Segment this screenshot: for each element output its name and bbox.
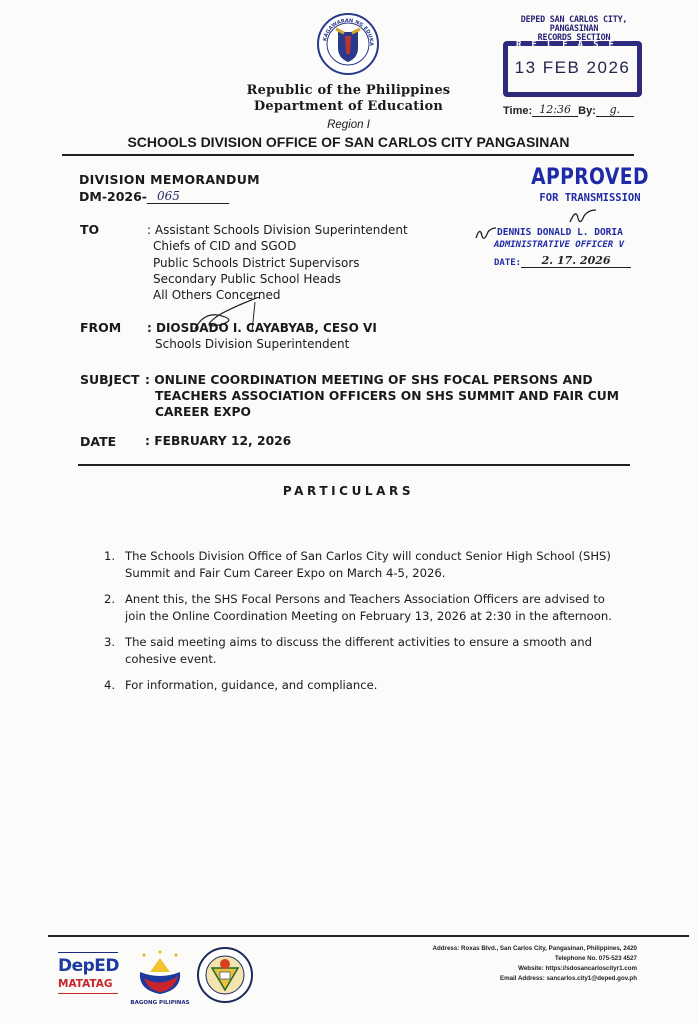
bagong-pilipinas-logo: BAGONG PILIPINAS — [130, 948, 190, 1010]
time-value: 12:36 — [532, 103, 578, 117]
approver-role: ADMINISTRATIVE OFFICER V — [494, 240, 624, 250]
particulars-list: 1.The Schools Division Office of San Car… — [104, 548, 624, 703]
release-stamp-time: Time:12:36By:g. — [503, 103, 634, 117]
memo-number-prefix: DM-2026- — [79, 189, 147, 204]
approved-stamp-subtitle: FOR TRANSMISSION — [500, 192, 680, 204]
item-text: Anent this, the SHS Focal Persons and Te… — [125, 591, 624, 625]
footer-divider — [48, 935, 689, 937]
recipient: : Assistant Schools Division Superintend… — [147, 222, 408, 238]
matatag-wordmark: MATATAG — [58, 978, 124, 990]
item-number: 1. — [104, 548, 125, 582]
list-item: 1.The Schools Division Office of San Car… — [104, 548, 624, 582]
sender-name: : DIOSDADO I. CAYABYAB, CESO VI — [147, 320, 377, 336]
stamp-office: DEPED SAN CARLOS CITY, PANGASINAN — [499, 15, 649, 33]
item-number: 2. — [104, 591, 125, 625]
release-stamp-date: 13 FEB 2026 — [503, 58, 642, 78]
memo-number: DM-2026-065 — [79, 189, 229, 204]
subject-label: SUBJECT — [80, 372, 140, 387]
by-label: By: — [578, 105, 596, 117]
list-item: 4.For information, guidance, and complia… — [104, 677, 624, 694]
address: Address: Roxas Blvd., San Carlos City, P… — [433, 944, 637, 954]
approval-date: DATE:2. 17. 2026 — [494, 254, 631, 268]
time-label: Time: — [503, 105, 532, 117]
item-text: The Schools Division Office of San Carlo… — [125, 548, 624, 582]
signature-icon — [568, 208, 598, 226]
memo-divider — [78, 464, 630, 466]
approver-name: DENNIS DONALD L. DORIA — [497, 227, 623, 238]
list-item: 3.The said meeting aims to discuss the d… — [104, 634, 624, 668]
sdo-seal-icon — [196, 946, 254, 1004]
email: Email Address: sancarlos.city1@deped.gov… — [433, 974, 637, 984]
item-number: 3. — [104, 634, 125, 668]
to-label: TO — [80, 222, 99, 237]
website: Website: https://sdosancarloscityr1.com — [433, 964, 637, 974]
recipient: Secondary Public School Heads — [147, 271, 408, 287]
release-stamp-header: DEPED SAN CARLOS CITY, PANGASINAN RECORD… — [499, 15, 649, 42]
memo-date: : FEBRUARY 12, 2026 — [145, 434, 291, 448]
office-name: SCHOOLS DIVISION OFFICE OF SAN CARLOS CI… — [0, 134, 697, 150]
subject-text: : ONLINE COORDINATION MEETING OF SHS FOC… — [145, 372, 625, 420]
release-stamp-status: RELEASE — [516, 40, 624, 50]
approval-date-value: 2. 17. 2026 — [521, 254, 631, 268]
recipient: Public Schools District Supervisors — [147, 255, 408, 271]
sender: : DIOSDADO I. CAYABYAB, CESO VI Schools … — [147, 320, 377, 353]
recipients-list: : Assistant Schools Division Superintend… — [147, 222, 408, 303]
approved-stamp-title: APPROVED — [514, 165, 667, 190]
memo-title: DIVISION MEMORANDUM — [79, 172, 260, 187]
particulars-heading: PARTICULARS — [0, 484, 697, 498]
sender-title: Schools Division Superintendent — [147, 336, 377, 352]
from-label: FROM — [80, 320, 121, 335]
region-label: Region I — [0, 119, 697, 131]
bagong-pilipinas-emblem-icon — [130, 948, 190, 996]
bagong-pilipinas-text: BAGONG PILIPINAS — [130, 1000, 190, 1006]
telephone: Telephone No. 075-523 4527 — [433, 954, 637, 964]
item-text: The said meeting aims to discuss the dif… — [125, 634, 624, 668]
item-number: 4. — [104, 677, 125, 694]
recipient: Chiefs of CID and SGOD — [147, 238, 408, 254]
deped-seal-icon: KAGAWARAN NG EDUKASYON — [316, 12, 380, 76]
memo-number-value: 065 — [147, 189, 229, 204]
item-text: For information, guidance, and complianc… — [125, 677, 377, 694]
list-item: 2.Anent this, the SHS Focal Persons and … — [104, 591, 624, 625]
contact-info: Address: Roxas Blvd., San Carlos City, P… — [433, 944, 637, 984]
deped-matatag-logo: DepED MATATAG — [58, 950, 124, 1008]
by-value: g. — [596, 103, 634, 117]
deped-wordmark: DepED — [58, 956, 124, 976]
header-divider — [62, 154, 634, 156]
approval-date-label: DATE: — [494, 258, 521, 268]
date-label: DATE — [80, 434, 116, 449]
